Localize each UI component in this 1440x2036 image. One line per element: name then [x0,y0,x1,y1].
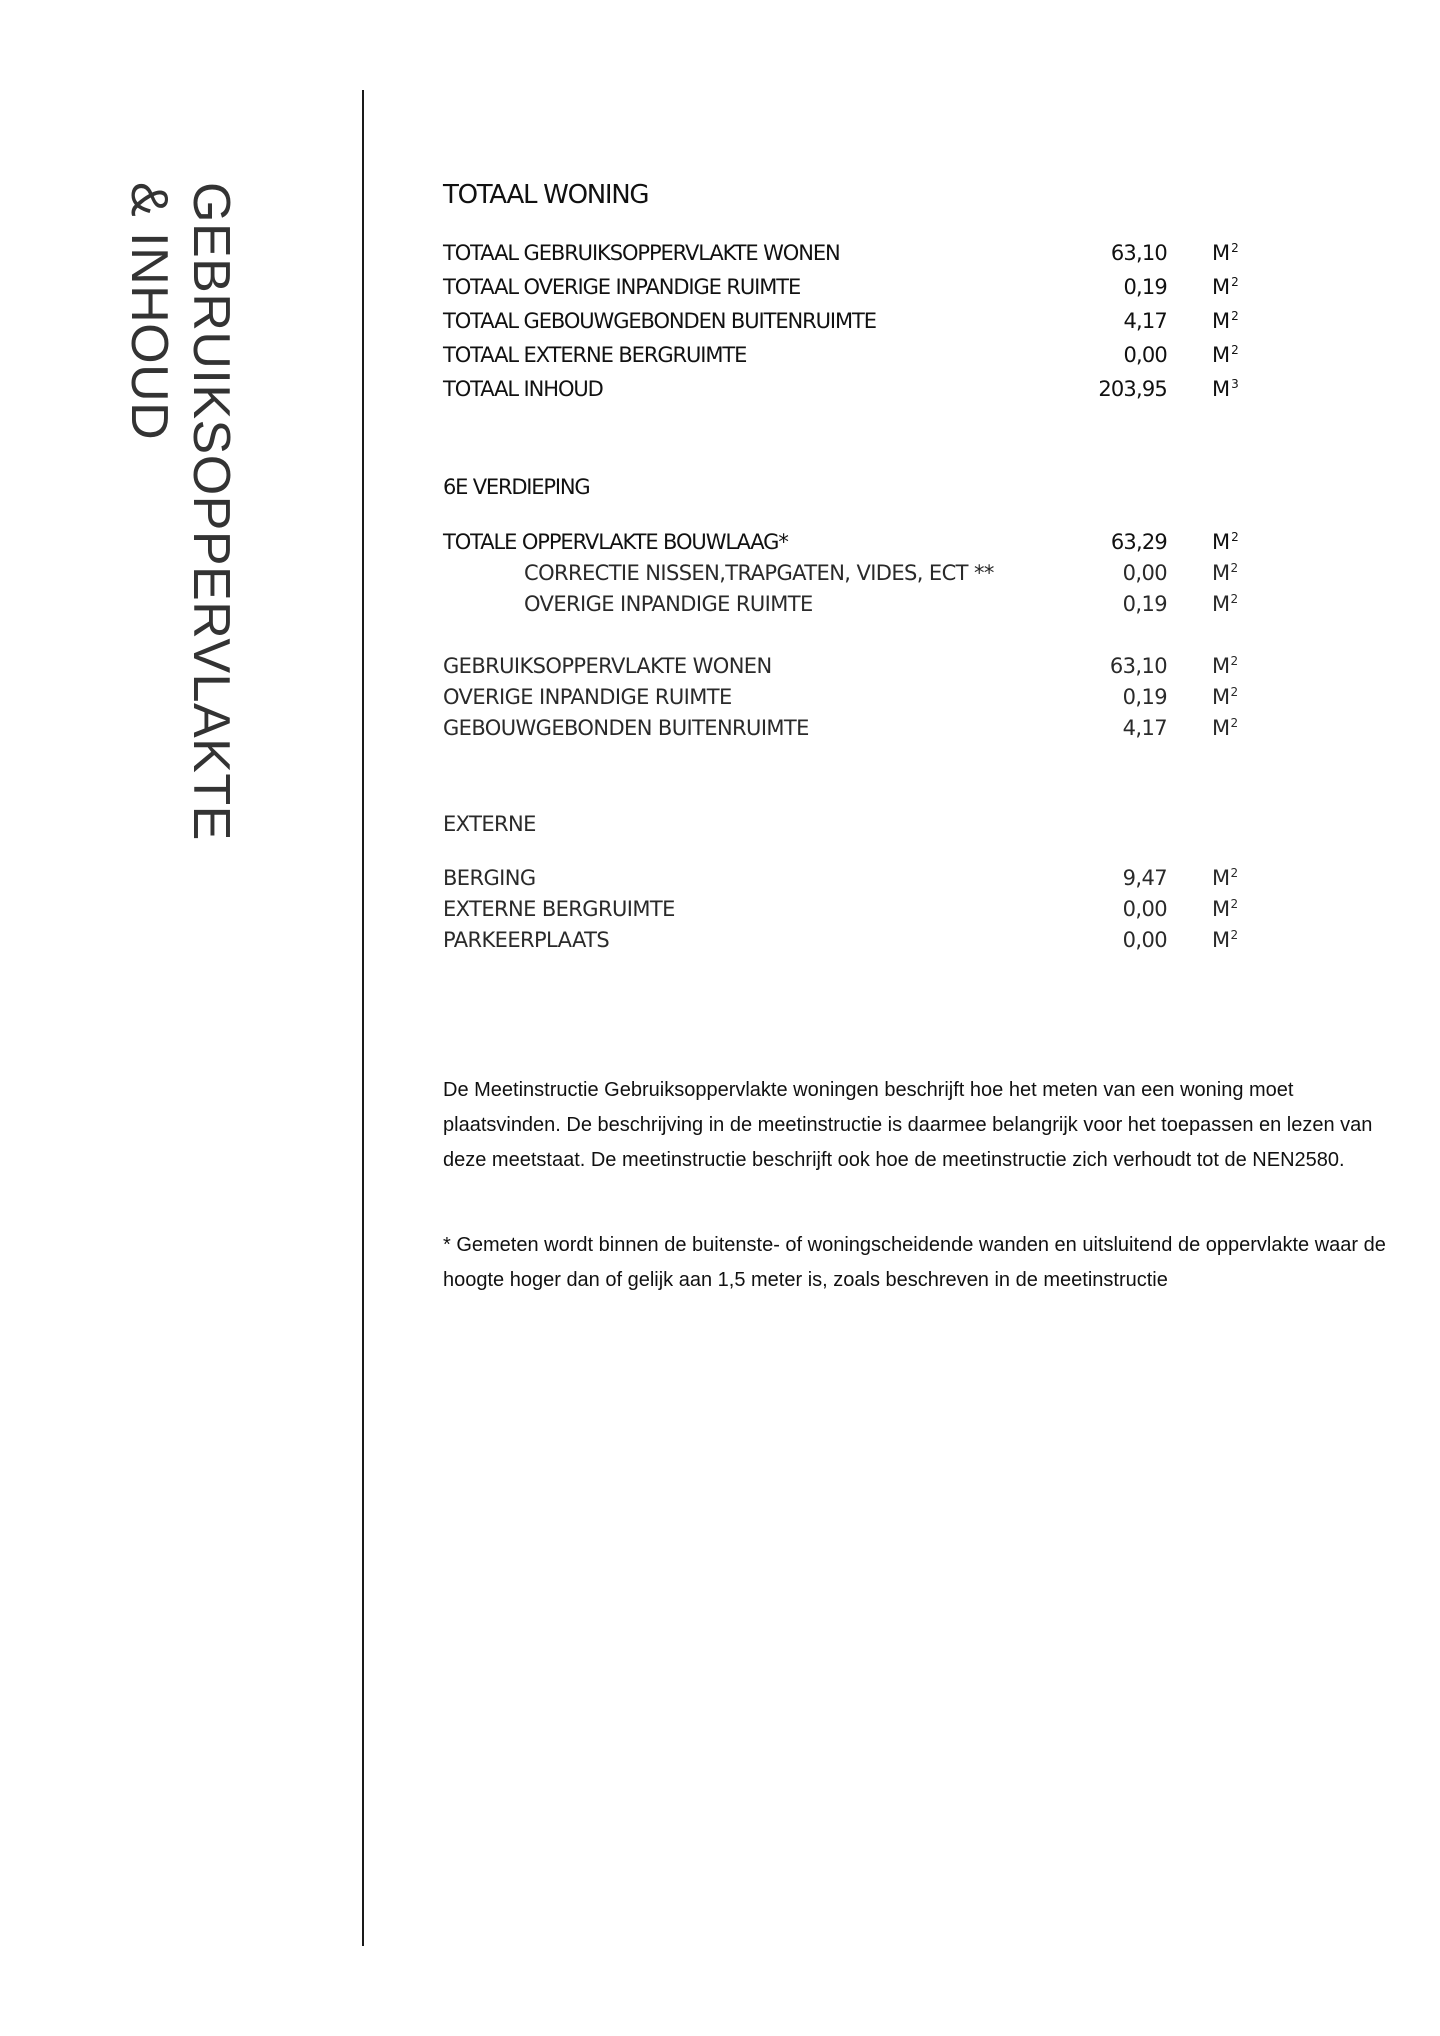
table-row: OVERIGE INPANDIGE RUIMTE 0,19 M2 [443,685,1263,719]
row-label: GEBOUWGEBONDEN BUITENRUIMTE [443,716,809,740]
section-title-externe: EXTERNE [443,812,536,836]
row-value: 0,00 [1123,561,1167,585]
row-label: OVERIGE INPANDIGE RUIMTE [443,685,732,709]
row-label: OVERIGE INPANDIGE RUIMTE [524,592,813,616]
row-value: 0,00 [1123,343,1167,367]
row-unit: M2 [1212,592,1238,616]
row-unit: M2 [1212,685,1238,709]
note-paragraph-meetinstructie: De Meetinstructie Gebruiksoppervlakte wo… [443,1073,1388,1178]
row-unit: M2 [1212,928,1238,952]
row-unit: M2 [1212,897,1238,921]
row-value: 0,19 [1123,275,1167,299]
section-title-totaal-woning: TOTAAL WONING [443,180,648,210]
table-row: GEBOUWGEBONDEN BUITENRUIMTE 4,17 M2 [443,716,1263,750]
note-paragraph-footnote: * Gemeten wordt binnen de buitenste- of … [443,1228,1388,1298]
section-title-verdieping: 6E VERDIEPING [443,475,589,499]
row-unit: M2 [1212,530,1239,554]
table-row: TOTAAL EXTERNE BERGRUIMTE 0,00 M2 [443,343,1263,377]
table-row-correction: OVERIGE INPANDIGE RUIMTE 0,19 M2 [443,592,1263,626]
table-row: TOTAAL GEBOUWGEBONDEN BUITENRUIMTE 4,17 … [443,309,1263,343]
table-row-correction: CORRECTIE NISSEN,TRAPGATEN, VIDES, ECT *… [443,561,1263,595]
row-unit: M3 [1212,377,1239,401]
row-label: EXTERNE BERGRUIMTE [443,897,675,921]
row-label: TOTAAL OVERIGE INPANDIGE RUIMTE [443,275,800,299]
row-label: TOTAAL EXTERNE BERGRUIMTE [443,343,746,367]
row-label: TOTAAL GEBOUWGEBONDEN BUITENRUIMTE [443,309,876,333]
row-value: 203,95 [1098,377,1167,401]
row-unit: M2 [1212,561,1238,585]
page-title-line1: GEBRUIKSOPPERVLAKTE [180,182,242,841]
table-row: EXTERNE BERGRUIMTE 0,00 M2 [443,897,1263,931]
row-value: 63,10 [1111,241,1167,265]
vertical-divider [362,90,364,1946]
row-value: 9,47 [1123,866,1167,890]
row-value: 0,00 [1123,897,1167,921]
row-value: 63,10 [1110,654,1167,678]
row-value: 0,19 [1123,592,1167,616]
table-row: PARKEERPLAATS 0,00 M2 [443,928,1263,962]
row-unit: M2 [1212,309,1239,333]
row-label: GEBRUIKSOPPERVLAKTE WONEN [443,654,772,678]
row-value: 63,29 [1111,530,1167,554]
row-unit: M2 [1212,716,1238,740]
row-value: 4,17 [1123,309,1167,333]
table-row: BERGING 9,47 M2 [443,866,1263,900]
table-row: TOTAAL GEBRUIKSOPPERVLAKTE WONEN 63,10 M… [443,241,1263,275]
table-row: TOTAAL INHOUD 203,95 M3 [443,377,1263,411]
row-label: BERGING [443,866,536,890]
row-unit: M2 [1212,343,1239,367]
page-title-line2: & INHOUD [118,182,180,841]
row-unit: M2 [1212,241,1239,265]
row-unit: M2 [1212,654,1238,678]
row-value: 4,17 [1123,716,1167,740]
row-unit: M2 [1212,866,1238,890]
row-unit: M2 [1212,275,1239,299]
row-label: CORRECTIE NISSEN,TRAPGATEN, VIDES, ECT *… [524,561,994,585]
row-label: TOTAAL INHOUD [443,377,603,401]
row-label: TOTALE OPPERVLAKTE BOUWLAAG* [443,530,788,554]
row-value: 0,00 [1123,928,1167,952]
page-title-vertical: GEBRUIKSOPPERVLAKTE & INHOUD [118,182,242,841]
table-row: TOTAAL OVERIGE INPANDIGE RUIMTE 0,19 M2 [443,275,1263,309]
table-row-total: TOTALE OPPERVLAKTE BOUWLAAG* 63,29 M2 [443,530,1263,564]
row-value: 0,19 [1123,685,1167,709]
table-row: GEBRUIKSOPPERVLAKTE WONEN 63,10 M2 [443,654,1263,688]
row-label: PARKEERPLAATS [443,928,609,952]
row-label: TOTAAL GEBRUIKSOPPERVLAKTE WONEN [443,241,840,265]
